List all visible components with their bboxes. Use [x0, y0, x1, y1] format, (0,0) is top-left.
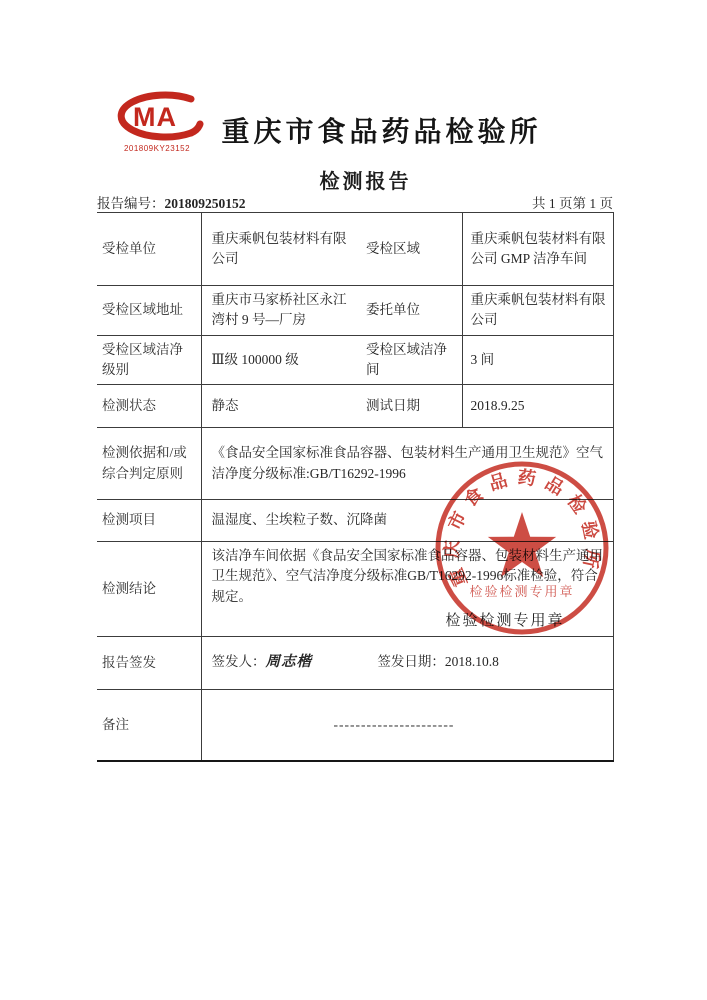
value-test-state: 静态 [201, 385, 360, 428]
value-report-issue: 签发人：周志楷 签发日期：2018.10.8 [201, 637, 613, 690]
value-cleanliness-class: Ⅲ级 100000 级 [201, 335, 360, 385]
table-row: 受检区域洁净级别 Ⅲ级 100000 级 受检区域洁净间 3 间 [97, 335, 613, 385]
remarks-dashes: ---------------------- [212, 715, 607, 735]
table-row: 检测依据和/或综合判定原则 《食品安全国家标准食品容器、包装材料生产通用卫生规范… [97, 428, 613, 500]
table-row: 备注 ---------------------- [97, 690, 613, 761]
table-row: 受检区域地址 重庆市马家桥社区永江湾村 9 号—厂房 委托单位 重庆乘帆包装材料… [97, 286, 613, 336]
value-test-basis: 《食品安全国家标准食品容器、包装材料生产通用卫生规范》空气洁净度分级标准:GB/… [201, 428, 613, 500]
table-row: 检测结论 该洁净车间依据《食品安全国家标准食品容器、包装材料生产通用卫生规范》、… [97, 542, 613, 637]
label-client-unit: 委托单位 [360, 286, 462, 336]
label-conclusion: 检测结论 [97, 542, 201, 637]
org-title: 重庆市食品药品检验所 [0, 110, 707, 150]
report-page: MA 201809KY23152 重庆市食品药品检验所 检测报告 报告编号：20… [0, 0, 707, 1000]
label-cleanliness-class: 受检区域洁净级别 [97, 335, 201, 385]
report-table: 受检单位 重庆乘帆包装材料有限公司 受检区域 重庆乘帆包装材料有限公司 GMP … [97, 212, 614, 762]
value-cleanroom-count: 3 间 [462, 335, 613, 385]
doc-title: 检测报告 [0, 165, 707, 194]
value-inspected-unit: 重庆乘帆包装材料有限公司 [201, 213, 360, 286]
label-report-issue: 报告签发 [97, 637, 201, 690]
signer-label: 签发人： [212, 654, 266, 669]
table-row: 检测项目 温湿度、尘埃粒子数、沉降菌 [97, 500, 613, 542]
label-test-state: 检测状态 [97, 385, 201, 428]
page-info: 共 1 页第 1 页 [532, 192, 613, 212]
meta-line: 报告编号：201809250152 共 1 页第 1 页 [97, 192, 613, 212]
label-inspected-unit: 受检单位 [97, 213, 201, 286]
value-inspected-area: 重庆乘帆包装材料有限公司 GMP 洁净车间 [462, 213, 613, 286]
conclusion-text: 该洁净车间依据《食品安全国家标准食品容器、包装材料生产通用卫生规范》、空气洁净度… [212, 548, 604, 604]
stamp-caption-text: 检验检测专用章 [212, 610, 607, 633]
report-number: 报告编号：201809250152 [97, 192, 246, 212]
label-test-basis: 检测依据和/或综合判定原则 [97, 428, 201, 500]
table-row: 受检单位 重庆乘帆包装材料有限公司 受检区域 重庆乘帆包装材料有限公司 GMP … [97, 213, 613, 286]
label-area-address: 受检区域地址 [97, 286, 201, 336]
report-number-label: 报告编号： [97, 196, 165, 211]
issue-date: 签发日期：2018.10.8 [377, 652, 499, 672]
issue-date-value: 2018.10.8 [445, 654, 499, 669]
report-number-value: 201809250152 [165, 196, 246, 211]
table-row: 检测状态 静态 测试日期 2018.9.25 [97, 385, 613, 428]
value-test-date: 2018.9.25 [462, 385, 613, 428]
value-area-address: 重庆市马家桥社区永江湾村 9 号—厂房 [201, 286, 360, 336]
issue-date-label: 签发日期： [377, 654, 445, 669]
label-cleanroom-count: 受检区域洁净间 [360, 335, 462, 385]
value-test-items: 温湿度、尘埃粒子数、沉降菌 [201, 500, 613, 542]
label-inspected-area: 受检区域 [360, 213, 462, 286]
label-test-date: 测试日期 [360, 385, 462, 428]
label-remarks: 备注 [97, 690, 201, 761]
label-test-items: 检测项目 [97, 500, 201, 542]
value-client-unit: 重庆乘帆包装材料有限公司 [462, 286, 613, 336]
signer-name: 周志楷 [266, 654, 313, 670]
value-conclusion: 该洁净车间依据《食品安全国家标准食品容器、包装材料生产通用卫生规范》、空气洁净度… [201, 542, 613, 637]
table-row: 报告签发 签发人：周志楷 签发日期：2018.10.8 [97, 637, 613, 690]
value-remarks: ---------------------- [201, 690, 613, 761]
